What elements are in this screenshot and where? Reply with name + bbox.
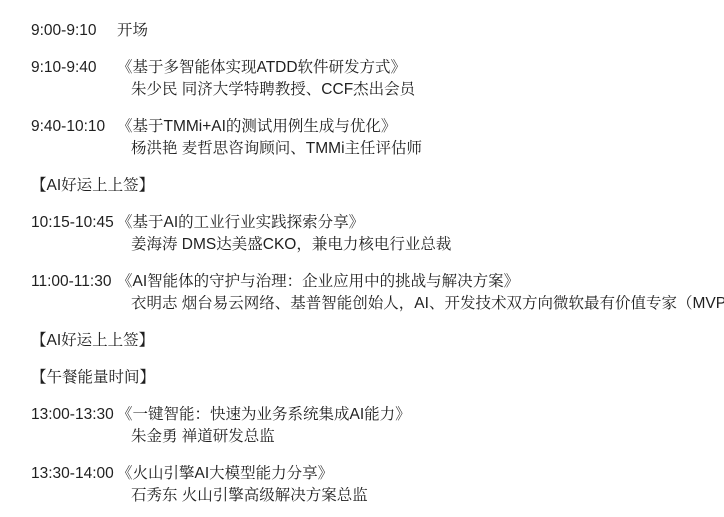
session-title: 《AI智能体的守护与治理：企业应用中的挑战与解决方案》 [117, 271, 708, 293]
session-time: 10:15-10:45 [31, 212, 117, 234]
agenda-page: 9:00-9:10 开场 9:10-9:40 《基于多智能体实现ATDD软件研发… [0, 0, 724, 517]
session-content: 《基于AI的工业行业实践探索分享》 姜海涛 DMS达美盛CKO，兼电力核电行业总… [117, 212, 708, 256]
session-content: 《一键智能：快速为业务系统集成AI能力》 朱金勇 禅道研发总监 [117, 404, 708, 448]
agenda-session: 13:30-14:00 《火山引擎AI大模型能力分享》 石秀东 火山引擎高级解决… [31, 463, 708, 507]
session-speaker: 朱少民 同济大学特聘教授、CCF杰出会员 [117, 79, 708, 101]
session-time: 9:00-9:10 [31, 20, 117, 42]
session-content: 开场 [117, 20, 708, 42]
agenda-break-label: 【AI好运上上签】 [31, 330, 708, 352]
session-speaker: 姜海涛 DMS达美盛CKO，兼电力核电行业总裁 [117, 234, 708, 256]
session-content: 《基于多智能体实现ATDD软件研发方式》 朱少民 同济大学特聘教授、CCF杰出会… [117, 57, 708, 101]
session-title: 《基于AI的工业行业实践探索分享》 [117, 212, 708, 234]
session-speaker: 朱金勇 禅道研发总监 [117, 426, 708, 448]
agenda-session: 10:15-10:45 《基于AI的工业行业实践探索分享》 姜海涛 DMS达美盛… [31, 212, 708, 256]
agenda-session: 9:40-10:10 《基于TMMi+AI的测试用例生成与优化》 杨洪艳 麦哲思… [31, 116, 708, 160]
session-title: 《基于TMMi+AI的测试用例生成与优化》 [117, 116, 708, 138]
agenda-break-label: 【午餐能量时间】 [31, 367, 708, 389]
session-title: 开场 [117, 20, 708, 42]
session-title: 《基于多智能体实现ATDD软件研发方式》 [117, 57, 708, 79]
agenda-session: 13:00-13:30 《一键智能：快速为业务系统集成AI能力》 朱金勇 禅道研… [31, 404, 708, 448]
session-time: 13:00-13:30 [31, 404, 117, 426]
session-speaker: 衣明志 烟台易云网络、基普智能创始人，AI、开发技术双方向微软最有价值专家（MV… [117, 293, 708, 315]
session-speaker: 石秀东 火山引擎高级解决方案总监 [117, 485, 708, 507]
session-time: 13:30-14:00 [31, 463, 117, 485]
session-time: 9:40-10:10 [31, 116, 117, 138]
session-content: 《AI智能体的守护与治理：企业应用中的挑战与解决方案》 衣明志 烟台易云网络、基… [117, 271, 708, 315]
agenda-session: 11:00-11:30 《AI智能体的守护与治理：企业应用中的挑战与解决方案》 … [31, 271, 708, 315]
session-content: 《基于TMMi+AI的测试用例生成与优化》 杨洪艳 麦哲思咨询顾问、TMMi主任… [117, 116, 708, 160]
agenda-break-label: 【AI好运上上签】 [31, 175, 708, 197]
agenda-session: 9:00-9:10 开场 [31, 20, 708, 42]
session-time: 11:00-11:30 [31, 271, 117, 293]
session-time: 9:10-9:40 [31, 57, 117, 79]
session-title: 《一键智能：快速为业务系统集成AI能力》 [117, 404, 708, 426]
agenda-session: 9:10-9:40 《基于多智能体实现ATDD软件研发方式》 朱少民 同济大学特… [31, 57, 708, 101]
agenda-list: 9:00-9:10 开场 9:10-9:40 《基于多智能体实现ATDD软件研发… [31, 20, 708, 507]
session-title: 《火山引擎AI大模型能力分享》 [117, 463, 708, 485]
session-content: 《火山引擎AI大模型能力分享》 石秀东 火山引擎高级解决方案总监 [117, 463, 708, 507]
session-speaker: 杨洪艳 麦哲思咨询顾问、TMMi主任评估师 [117, 138, 708, 160]
